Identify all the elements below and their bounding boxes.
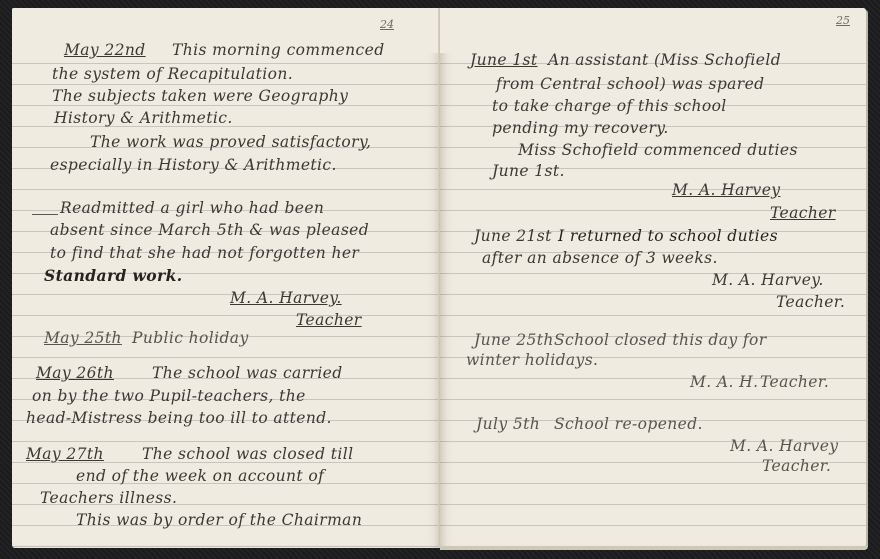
entry-date: June 21st — [474, 226, 552, 246]
signature-title: Teacher — [770, 203, 836, 223]
entry-line: especially in History & Arithmetic. — [50, 155, 337, 175]
entry-line: pending my recovery. — [492, 118, 669, 138]
entry-line: Teachers illness. — [40, 488, 177, 508]
signature-name: M. A. Harvey. — [230, 288, 342, 308]
signature-name: M. A. Harvey. — [712, 270, 824, 290]
entry-line: to take charge of this school — [492, 96, 727, 116]
entry-date: June 1st — [470, 50, 538, 70]
entry-line: School re-opened. — [554, 414, 703, 434]
entry-line: winter holidays. — [466, 350, 598, 370]
margin-dash — [32, 214, 58, 215]
entry-line: end of the week on account of — [76, 466, 324, 486]
entry-line: The school was carried — [152, 363, 343, 383]
entry-date: May 26th — [36, 363, 114, 383]
signature-name: M. A. Harvey — [730, 436, 838, 456]
right-page: 25 June 1st An assistant (Miss Schofield… — [440, 8, 866, 548]
page-number-left: 24 — [380, 18, 394, 31]
entry-date: July 5th — [476, 414, 540, 434]
signature-title: Teacher. — [776, 292, 845, 312]
signature-title: Teacher. — [760, 372, 829, 392]
entry-line: absent since March 5th & was pleased — [50, 220, 369, 240]
entry-line: to find that she had not forgotten her — [50, 243, 359, 263]
entry-date: May 25th — [44, 328, 122, 348]
entry-line: School closed this day for — [554, 330, 767, 350]
entry-line: head-Mistress being too ill to attend. — [26, 408, 332, 428]
left-page: 24 May 22nd This morning commenced the s… — [12, 8, 440, 548]
entry-line: Miss Schofield commenced duties — [518, 140, 798, 160]
entry-line: An assistant (Miss Schofield — [548, 50, 781, 70]
entry-line: This was by order of the Chairman — [76, 510, 362, 530]
entry-line: Readmitted a girl who had been — [60, 198, 324, 218]
entry-line: Standard work. — [44, 266, 183, 286]
entry-line: This morning commenced — [172, 40, 385, 60]
entry-line: The subjects taken were Geography — [52, 86, 348, 106]
entry-line: History & Arithmetic. — [54, 108, 233, 128]
entry-line: from Central school) was spared — [496, 74, 765, 94]
entry-line: I returned to school duties — [558, 226, 778, 246]
entry-date: June 25th — [474, 330, 554, 350]
entry-line: on by the two Pupil-teachers, the — [32, 386, 306, 406]
entry-line: The work was proved satisfactory, — [90, 132, 371, 152]
signature-title: Teacher. — [762, 456, 831, 476]
entry-date: May 22nd — [64, 40, 146, 60]
entry-line: after an absence of 3 weeks. — [482, 248, 718, 268]
signature-title: Teacher — [296, 310, 362, 330]
entry-line: The school was closed till — [142, 444, 353, 464]
page-edge — [440, 546, 868, 550]
page-number-right: 25 — [836, 14, 850, 27]
entry-line: Public holiday — [132, 328, 249, 348]
signature-name: M. A. Harvey — [672, 180, 780, 200]
entry-date: May 27th — [26, 444, 104, 464]
entry-line: June 1st. — [492, 161, 565, 181]
entry-line: the system of Recapitulation. — [52, 64, 293, 84]
signature-name: M. A. H. — [690, 372, 758, 392]
